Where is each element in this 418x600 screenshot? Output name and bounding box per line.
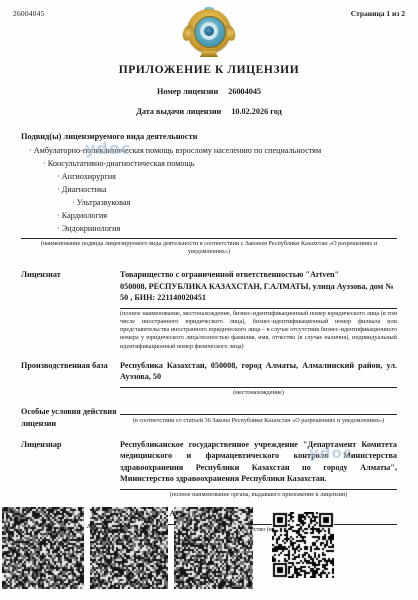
divider-line: [120, 387, 397, 388]
subtype-item: · Ангиохирургия: [21, 173, 397, 181]
subtype-item: · Кардиология: [21, 212, 397, 220]
licensor-label: Лицензиар: [21, 439, 120, 500]
subtype-item: · Консультативно-диагностическая помощь: [21, 160, 397, 168]
doc-number: 26004045: [13, 9, 45, 18]
production-base-caption: (местонахождение): [120, 389, 397, 397]
document-title: ПРИЛОЖЕНИЕ К ЛИЦЕНЗИИ: [0, 64, 418, 76]
divider-line: [120, 489, 397, 490]
datamatrix-3-icon: [174, 507, 253, 589]
subtypes-list: · Амбулаторно-поликлиническая помощь взр…: [21, 147, 397, 233]
licensor-caption: (полное наименование органа, выдавшего п…: [120, 491, 397, 499]
kazakhstan-emblem-icon: [185, 9, 233, 57]
subtype-item: · Амбулаторно-поликлиническая помощь взр…: [21, 147, 397, 155]
datamatrix-2-icon: [90, 507, 168, 589]
issue-date-label: Дата выдачи лицензии: [136, 107, 221, 116]
licensee-section: Лицензиат Товарищество с ограниченной от…: [0, 269, 418, 350]
subtype-item: · Эндокринология: [21, 225, 397, 233]
licensee-name: Товарищество с ограниченной ответственно…: [120, 269, 397, 280]
subtype-item: · Ультразвуковая: [21, 199, 397, 207]
license-number-label: Номер лицензии: [157, 87, 218, 96]
subtypes-section: Подвид(ы) лицензируемого вида деятельнос…: [0, 132, 418, 256]
page-indicator: Страница 1 из 2: [351, 9, 405, 18]
subtype-item: · Диагностика: [21, 186, 397, 194]
licensee-address: 050008, РЕСПУБЛИКА КАЗАХСТАН, Г.АЛМАТЫ, …: [120, 281, 397, 304]
divider-line: [120, 308, 397, 309]
production-base-section: Производственная база Республика Казахст…: [0, 360, 418, 398]
subtypes-caption: (наименование подвида лицензируемого вид…: [21, 240, 397, 256]
production-base-value: Республика Казахстан, 050008, город Алма…: [120, 360, 397, 383]
production-base-label: Производственная база: [21, 360, 120, 398]
license-number-value: 26004045: [228, 87, 261, 96]
license-number-row: Номер лицензии 26004045: [0, 87, 418, 96]
licensor-value: Республиканское государственное учрежден…: [120, 439, 397, 485]
special-conditions-caption: (в соответствии со статьей 36 Закона Рес…: [120, 417, 397, 425]
qr-code-icon: [272, 512, 334, 578]
issue-date-row: Дата выдачи лицензии 10.02.2026 год: [0, 107, 418, 116]
divider-line: [120, 414, 397, 415]
datamatrix-1-icon: [2, 507, 84, 589]
special-conditions-section: Особые условия действия лицензии (в соот…: [0, 406, 418, 430]
issue-date-value: 10.02.2026 год: [231, 107, 281, 116]
signature-codes: [2, 507, 334, 589]
special-conditions-label: Особые условия действия лицензии: [21, 406, 120, 430]
licensee-label: Лицензиат: [21, 269, 120, 350]
licensor-section: Лицензиар Республиканское государственно…: [0, 439, 418, 500]
subtypes-heading: Подвид(ы) лицензируемого вида деятельнос…: [21, 132, 397, 141]
licensee-caption: (полное наименование, местонахождение, б…: [120, 310, 397, 350]
divider-line: [21, 238, 397, 239]
license-appendix-page: 26004045 Страница 1 из 2 ПРИЛОЖЕНИЕ К ЛИ…: [0, 0, 418, 600]
